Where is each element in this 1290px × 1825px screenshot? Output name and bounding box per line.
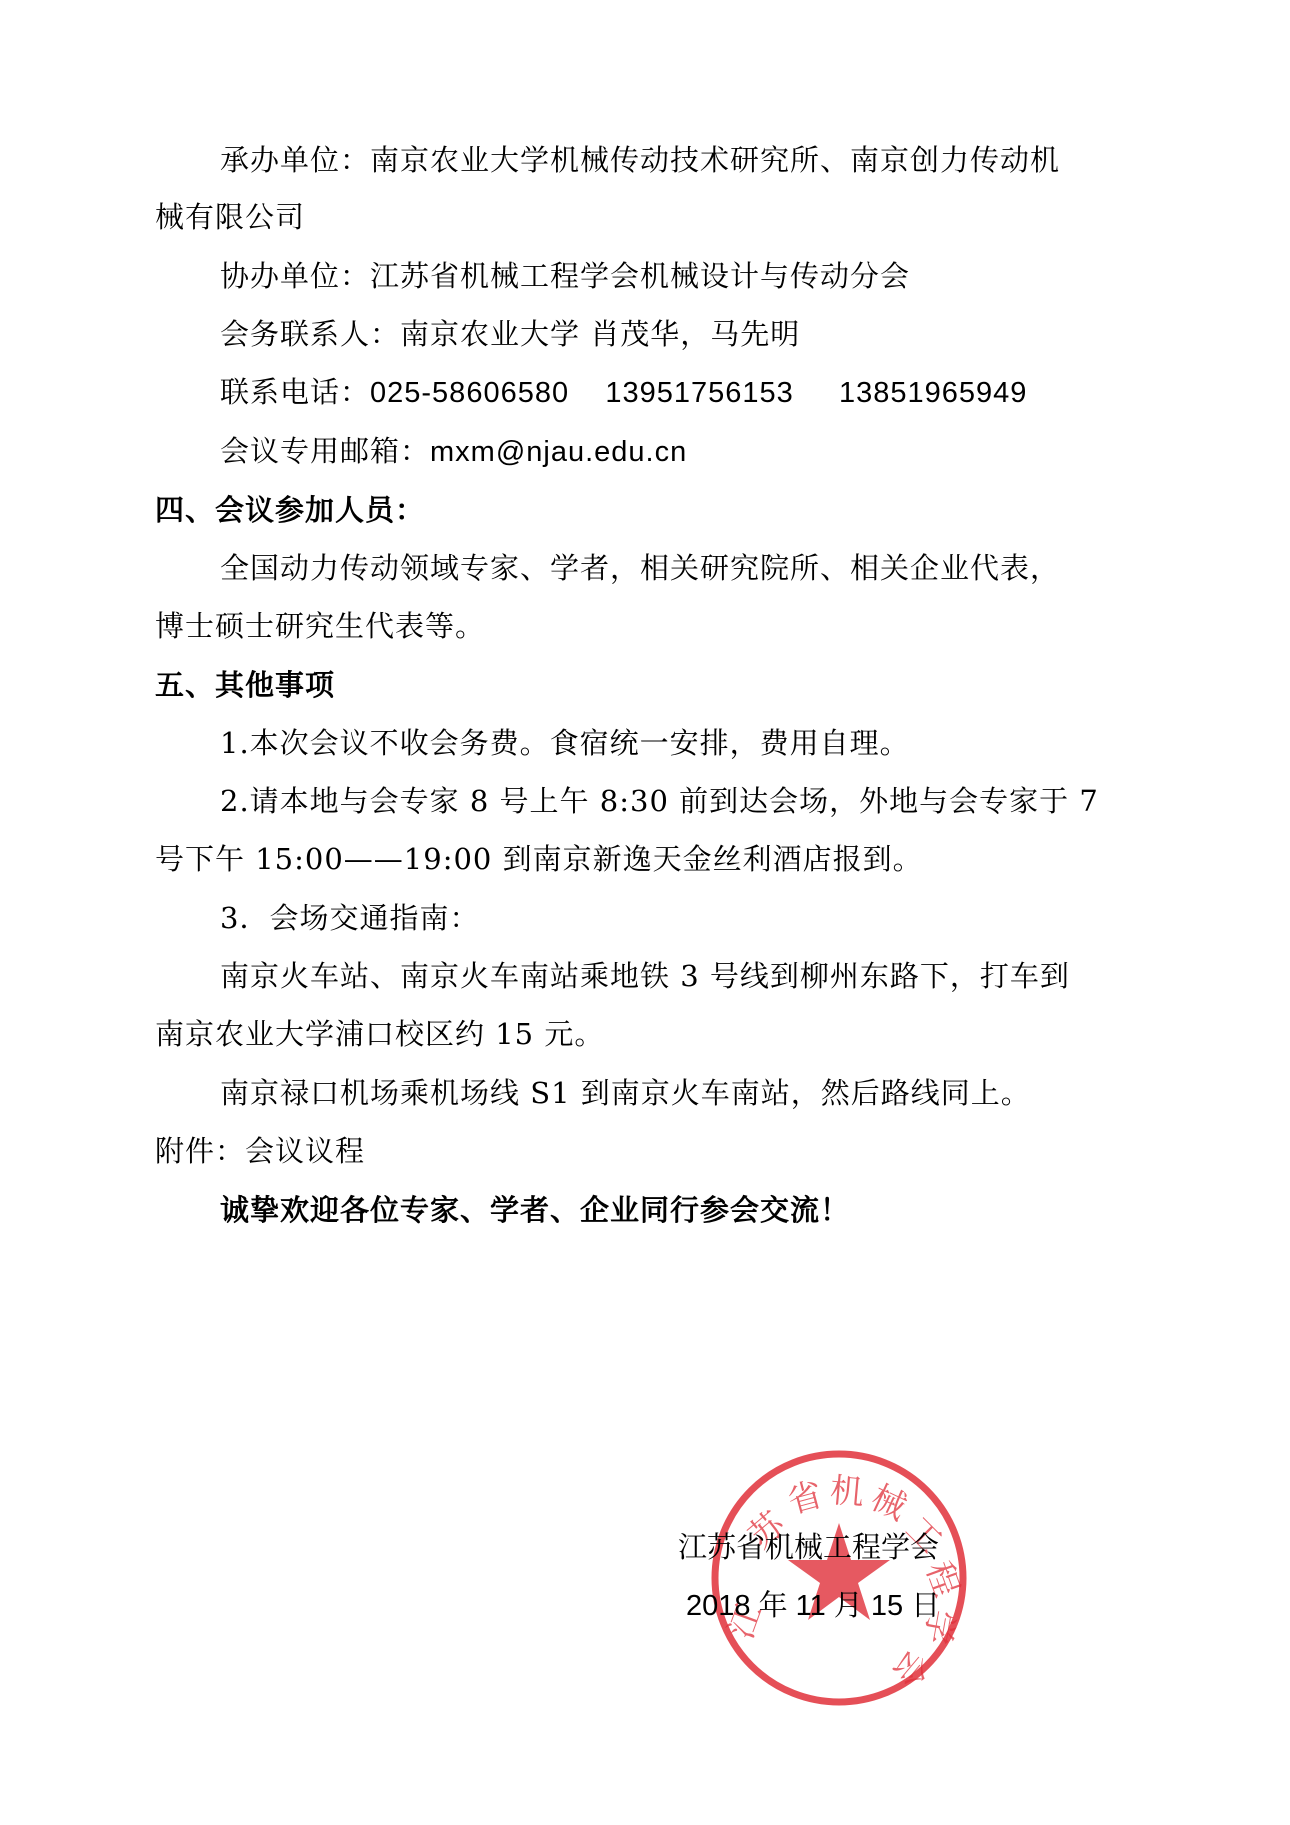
phone-label: 联系电话：: [220, 375, 370, 409]
stamp-char: 省: [784, 1475, 827, 1522]
stamp-char: 会: [884, 1642, 936, 1694]
item-2-line-2: 号下午 15:00——19:00 到南京新逸天金丝利酒店报到。: [155, 839, 923, 879]
signature-organization: 江苏省机械工程学会: [678, 1527, 939, 1567]
contact-person: 会务联系人：南京农业大学 肖茂华，马先明: [220, 314, 800, 354]
item-1: 1.本次会议不收会务费。食宿统一安排，费用自理。: [220, 723, 910, 763]
phone-numbers: 025-58606580 13951756153 13851965949: [370, 377, 1027, 409]
official-seal-stamp: 江 苏 省 机 械 工 程 学 会: [708, 1447, 970, 1709]
email-line: 会议专用邮箱：mxm@njau.edu.cn: [220, 431, 687, 472]
item-2-line-1: 2.请本地与会专家 8 号上午 8:30 前到达会场，外地与会专家于 7: [220, 781, 1099, 821]
co-organizer: 协办单位：江苏省机械工程学会机械设计与传动分会: [220, 256, 910, 296]
email-label: 会议专用邮箱：: [220, 434, 430, 468]
transit-2: 南京禄口机场乘机场线 S1 到南京火车南站，然后路线同上。: [220, 1073, 1031, 1113]
stamp-char: 机: [828, 1471, 865, 1514]
attachment-line: 附件：会议议程: [155, 1131, 365, 1171]
transit-1-line-1: 南京火车站、南京火车南站乘地铁 3 号线到柳州东路下，打车到: [220, 956, 1070, 996]
signature-date: 2018 年 11 月 15 日: [686, 1586, 940, 1626]
item-3: 3．会场交通指南：: [220, 898, 479, 938]
transit-1-line-2: 南京农业大学浦口校区约 15 元。: [155, 1014, 604, 1054]
phone-line: 联系电话：025-58606580 13951756153 1385196594…: [220, 372, 1027, 413]
stamp-char: 械: [865, 1478, 913, 1529]
organizer-line-2: 械有限公司: [155, 197, 305, 237]
section-4-line-1: 全国动力传动领域专家、学者，相关研究院所、相关企业代表，: [220, 548, 1060, 588]
welcome-line: 诚挚欢迎各位专家、学者、企业同行参会交流！: [220, 1190, 850, 1230]
section-5-heading: 五、其他事项: [155, 665, 335, 705]
email-value[interactable]: mxm@njau.edu.cn: [430, 436, 687, 468]
section-4-line-2: 博士硕士研究生代表等。: [155, 606, 485, 646]
section-4-heading: 四、会议参加人员：: [155, 490, 425, 530]
organizer-line-1: 承办单位：南京农业大学机械传动技术研究所、南京创力传动机: [220, 140, 1060, 180]
